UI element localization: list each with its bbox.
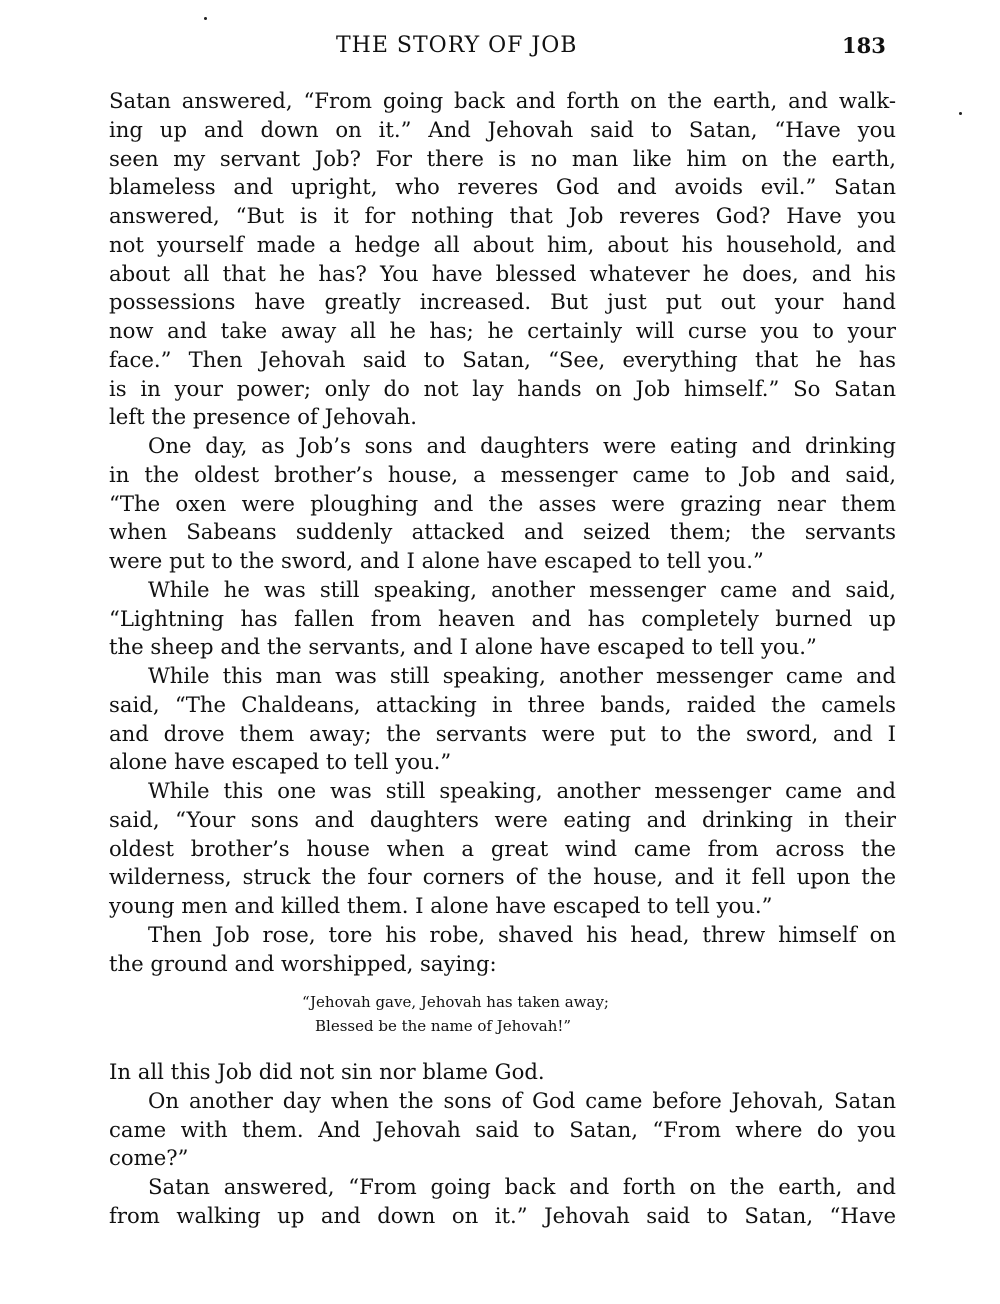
text-line: when Sabeans suddenly attacked and seize…: [109, 517, 896, 546]
text-line: oldest brother’s house when a great wind…: [109, 834, 896, 863]
text-line: Then Job rose, tore his robe, shaved his…: [109, 920, 896, 949]
scan-speck: [204, 17, 207, 20]
text-line: seen my servant Job? For there is no man…: [109, 144, 896, 173]
text-line: the ground and worshipped, saying:: [109, 949, 896, 978]
verse-line: Blessed be the name of Jehovah!”: [315, 1015, 571, 1037]
text-line: left the presence of Jehovah.: [109, 402, 896, 431]
text-line: While this man was still speaking, anoth…: [109, 661, 896, 690]
text-line: not yourself made a hedge all about him,…: [109, 230, 896, 259]
text-line: In all this Job did not sin nor blame Go…: [109, 1057, 896, 1086]
text-line: wilderness, struck the four corners of t…: [109, 862, 896, 891]
text-line: While he was still speaking, another mes…: [109, 575, 896, 604]
text-line: face.” Then Jehovah said to Satan, “See,…: [109, 345, 896, 374]
scan-speck: [959, 112, 962, 115]
book-page: THE STORY OF JOB 183 Satan answered, “Fr…: [0, 0, 1000, 1304]
text-line: now and take away all he has; he certain…: [109, 316, 896, 345]
page-header: THE STORY OF JOB 183: [0, 33, 1000, 67]
text-line: Satan answered, “From going back and for…: [109, 1172, 896, 1201]
text-line: answered, “But is it for nothing that Jo…: [109, 201, 896, 230]
verse-line: “Jehovah gave, Jehovah has taken away;: [302, 991, 609, 1013]
text-line: and drove them away; the servants were p…: [109, 719, 896, 748]
text-line: “The oxen were ploughing and the asses w…: [109, 489, 896, 518]
text-line: While this one was still speaking, anoth…: [109, 776, 896, 805]
text-line: possessions have greatly increased. But …: [109, 287, 896, 316]
text-line: said, “Your sons and daughters were eati…: [109, 805, 896, 834]
page-number: 183: [842, 33, 886, 58]
text-line: is in your power; only do not lay hands …: [109, 374, 896, 403]
text-line: ing up and down on it.” And Jehovah said…: [109, 115, 896, 144]
text-line: On another day when the sons of God came…: [109, 1086, 896, 1115]
text-line: “Lightning has fallen from heaven and ha…: [109, 604, 896, 633]
text-line: young men and killed them. I alone have …: [109, 891, 896, 920]
text-line: about all that he has? You have blessed …: [109, 259, 896, 288]
text-line: came with them. And Jehovah said to Sata…: [109, 1115, 896, 1144]
text-line: the sheep and the servants, and I alone …: [109, 632, 896, 661]
text-line: alone have escaped to tell you.”: [109, 747, 896, 776]
text-line: One day, as Job’s sons and daughters wer…: [109, 431, 896, 460]
text-line: were put to the sword, and I alone have …: [109, 546, 896, 575]
text-line: blameless and upright, who reveres God a…: [109, 172, 896, 201]
text-line: from walking up and down on it.” Jehovah…: [109, 1201, 896, 1230]
text-line: said, “The Chaldeans, attacking in three…: [109, 690, 896, 719]
running-title: THE STORY OF JOB: [336, 33, 577, 58]
text-line: Satan answered, “From going back and for…: [109, 86, 896, 115]
text-line: come?”: [109, 1143, 896, 1172]
text-line: in the oldest brother’s house, a messeng…: [109, 460, 896, 489]
